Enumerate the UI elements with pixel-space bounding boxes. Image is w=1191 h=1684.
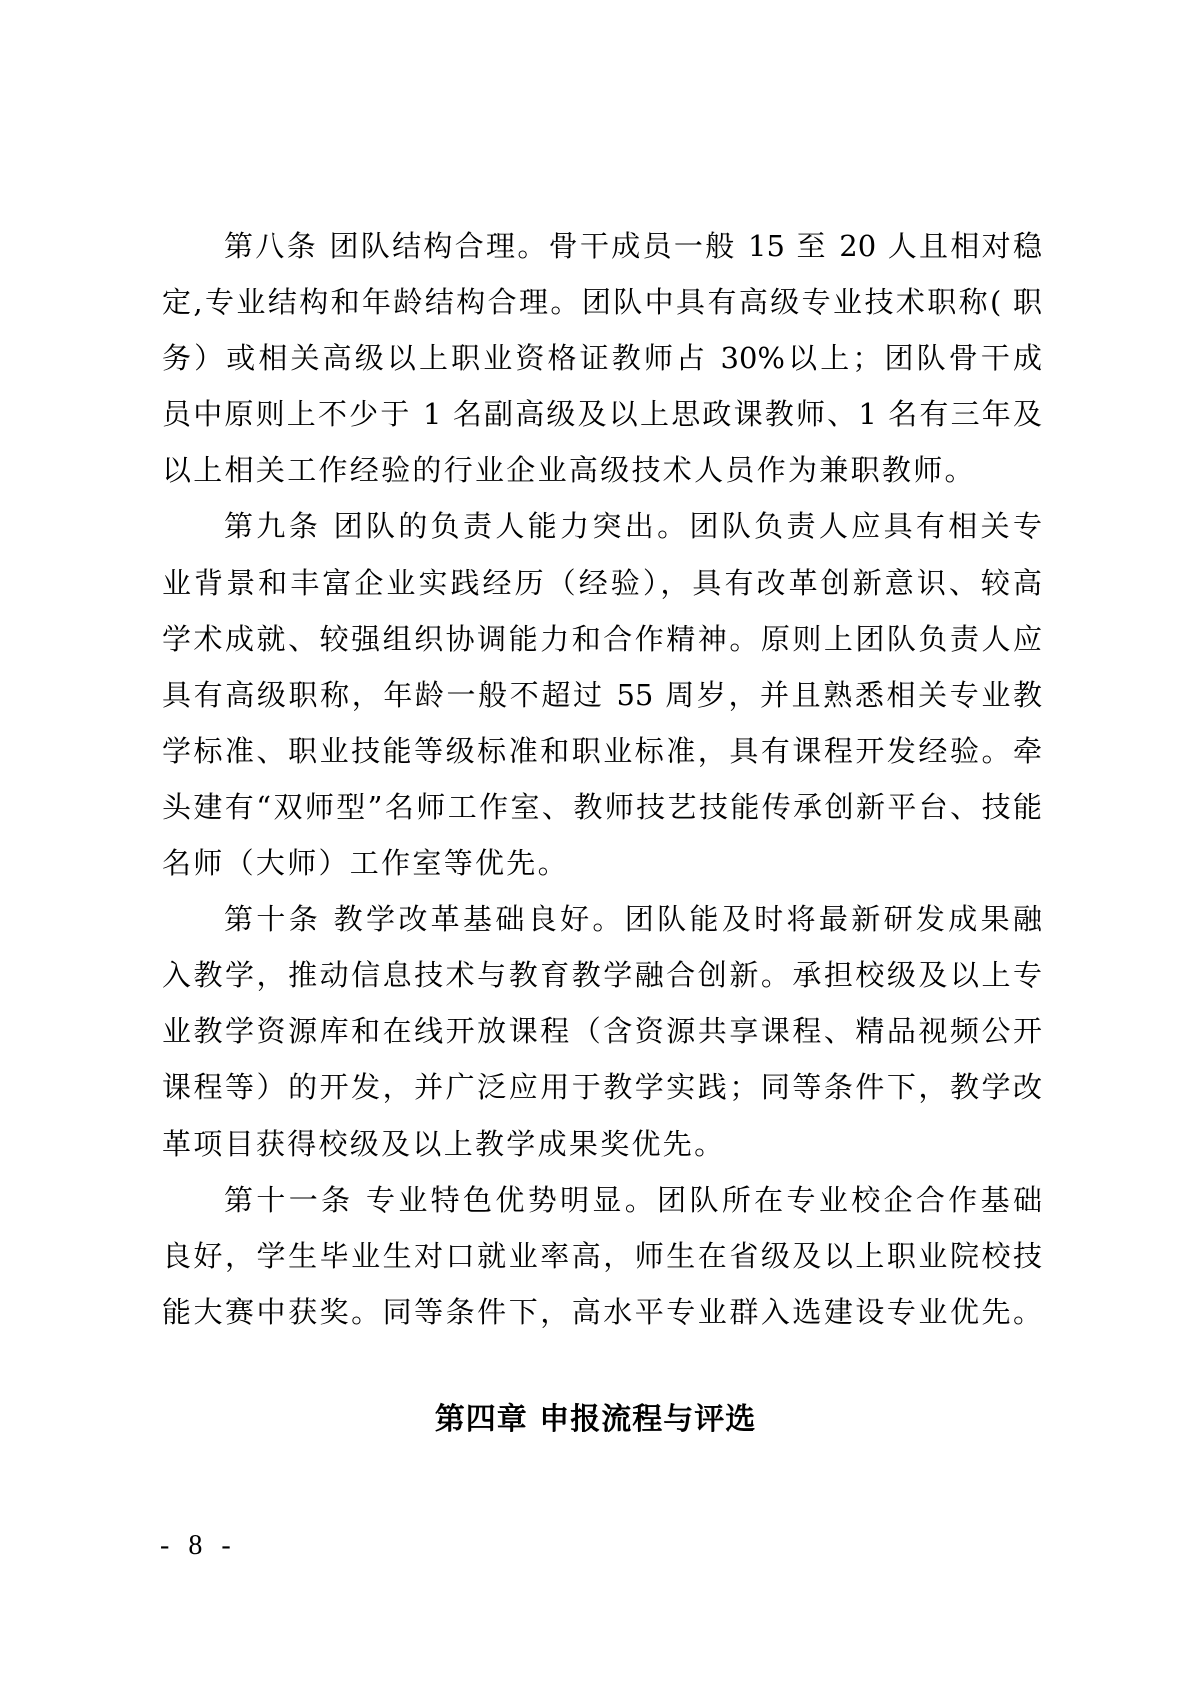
text-line: 入教学，推动信息技术与教育教学融合创新。承担校级及以上专 [162, 947, 1042, 1003]
chapter-heading: 第四章 申报流程与评选 [0, 1396, 1191, 1444]
text-line: 良好，学生毕业生对口就业率高，师生在省级及以上职业院校技 [162, 1228, 1042, 1284]
article-10: 第十条 教学改革基础良好。团队能及时将最新研发成果融 入教学，推动信息技术与教育… [162, 891, 1042, 1171]
text-line: 以上相关工作经验的行业企业高级技术人员作为兼职教师。 [162, 442, 1042, 498]
document-page: 第八条 团队结构合理。骨干成员一般 15 至 20 人且相对稳 定,专业结构和年… [0, 0, 1191, 1684]
article-8: 第八条 团队结构合理。骨干成员一般 15 至 20 人且相对稳 定,专业结构和年… [162, 218, 1042, 498]
text-line: 具有高级职称，年龄一般不超过 55 周岁，并且熟悉相关专业教 [162, 667, 1042, 723]
text-line: 第十条 教学改革基础良好。团队能及时将最新研发成果融 [162, 891, 1042, 947]
text-line: 业背景和丰富企业实践经历（经验），具有改革创新意识、较高 [162, 555, 1042, 611]
text-line: 名师（大师）工作室等优先。 [162, 835, 1042, 891]
text-line: 员中原则上不少于 1 名副高级及以上思政课教师、1 名有三年及 [162, 386, 1042, 442]
text-line: 业教学资源库和在线开放课程（含资源共享课程、精品视频公开 [162, 1003, 1042, 1059]
text-line: 第九条 团队的负责人能力突出。团队负责人应具有相关专 [162, 498, 1042, 554]
text-line: 第十一条 专业特色优势明显。团队所在专业校企合作基础 [162, 1172, 1042, 1228]
article-9: 第九条 团队的负责人能力突出。团队负责人应具有相关专 业背景和丰富企业实践经历（… [162, 498, 1042, 891]
text-line: 务）或相关高级以上职业资格证教师占 30%以上；团队骨干成 [162, 330, 1042, 386]
page-number: - 8 - [160, 1528, 237, 1564]
text-line: 第八条 团队结构合理。骨干成员一般 15 至 20 人且相对稳 [162, 218, 1042, 274]
body-text: 第八条 团队结构合理。骨干成员一般 15 至 20 人且相对稳 定,专业结构和年… [162, 218, 1042, 1340]
article-11: 第十一条 专业特色优势明显。团队所在专业校企合作基础 良好，学生毕业生对口就业率… [162, 1172, 1042, 1340]
text-line: 革项目获得校级及以上教学成果奖优先。 [162, 1116, 1042, 1172]
text-line: 能大赛中获奖。同等条件下，高水平专业群入选建设专业优先。 [162, 1284, 1042, 1340]
text-line: 课程等）的开发，并广泛应用于教学实践；同等条件下，教学改 [162, 1059, 1042, 1115]
text-line: 学标准、职业技能等级标准和职业标准，具有课程开发经验。牵 [162, 723, 1042, 779]
text-line: 学术成就、较强组织协调能力和合作精神。原则上团队负责人应 [162, 611, 1042, 667]
text-line: 头建有“双师型”名师工作室、教师技艺技能传承创新平台、技能 [162, 779, 1042, 835]
text-line: 定,专业结构和年龄结构合理。团队中具有高级专业技术职称( 职 [162, 274, 1042, 330]
